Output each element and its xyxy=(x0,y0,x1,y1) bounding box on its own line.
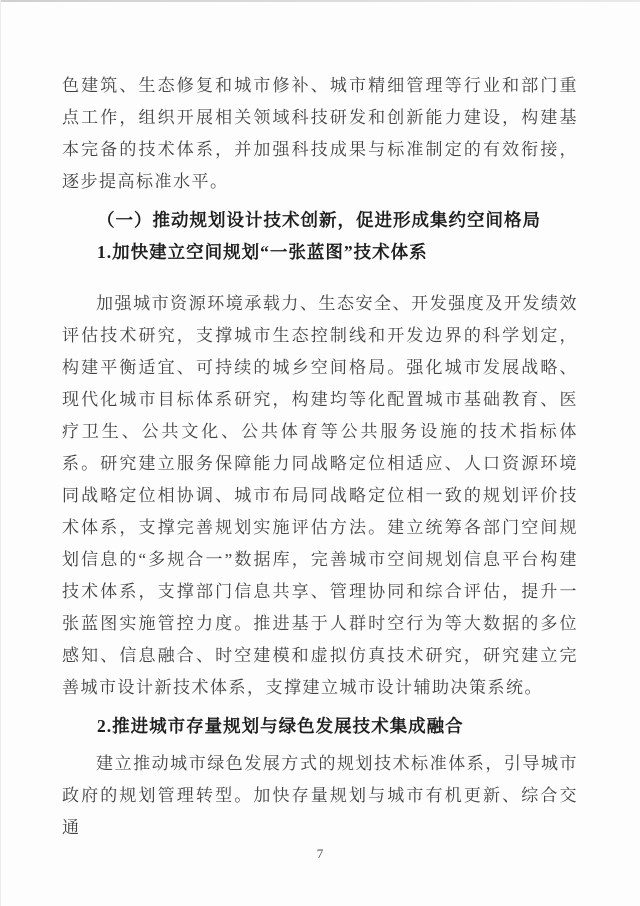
subheading-1: 1.加快建立空间规划“一张蓝图”技术体系 xyxy=(62,236,578,268)
paragraph-green-development: 建立推动城市绿色发展方式的规划技术标准体系，引导城市政府的规划管理转型。加快存量… xyxy=(62,748,578,844)
page-top-edge xyxy=(0,0,640,2)
paragraph-spatial-planning: 加强城市资源环境承载力、生态安全、开发强度及开发绩效评估技术研究，支撑城市生态控… xyxy=(62,288,578,704)
document-page: { "doc": { "p1": "色建筑、生态修复和城市修补、城市精细管理等行… xyxy=(0,0,640,906)
page-number: 7 xyxy=(0,846,640,862)
section-heading-1: （一）推动规划设计技术创新，促进形成集约空间格局 xyxy=(62,204,578,236)
document-body: 色建筑、生态修复和城市修补、城市精细管理等行业和部门重点工作，组织开展相关领域科… xyxy=(62,70,578,844)
paragraph-continuation: 色建筑、生态修复和城市修补、城市精细管理等行业和部门重点工作，组织开展相关领域科… xyxy=(62,70,578,198)
page-left-edge xyxy=(0,0,1,906)
subheading-2: 2.推进城市存量规划与绿色发展技术集成融合 xyxy=(62,710,578,742)
